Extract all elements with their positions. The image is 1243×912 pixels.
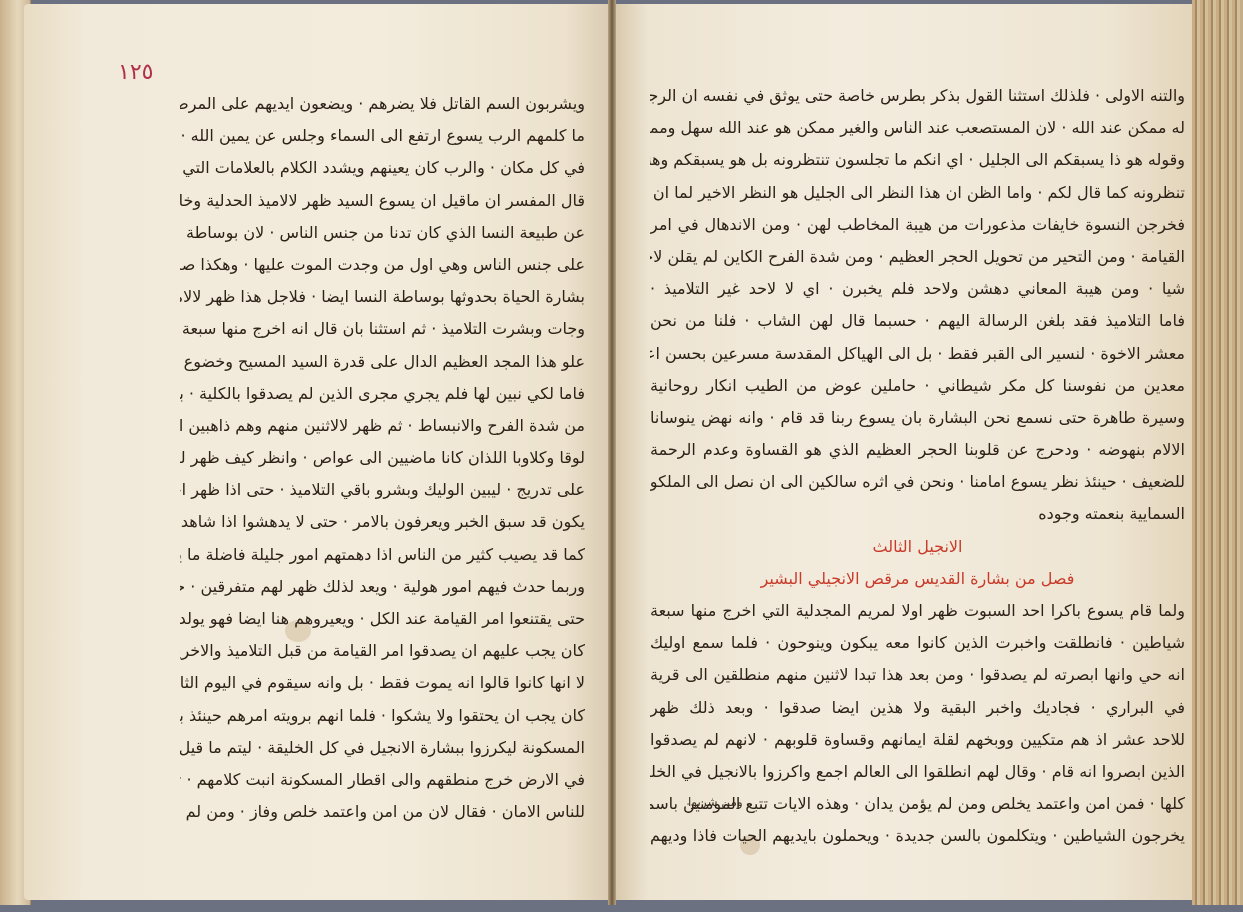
text-line: على تدريج · ليبين الوليك وبشرو باقي التل… — [180, 474, 585, 506]
text-line: فاما التلاميذ فقد بلغن الرسالة اليهم · ح… — [650, 305, 1185, 337]
text-line-rubric: قال المفسر ان ماقيل ان يسوع السيد ظهر لا… — [180, 185, 585, 217]
manuscript-spread: ١٢٥ ويشربون السم القاتل فلا يضرهم · ويضع… — [0, 0, 1243, 912]
text-line: تنظرونه كما قال لكم · واما الظن ان هذا ا… — [650, 177, 1185, 209]
text-line: معشر الاخوة · لنسير الى القبر فقط · بل ا… — [650, 338, 1185, 370]
text-line: للاحد عشر اذ هم متكيين ووبخهم لقلة ايمان… — [650, 724, 1185, 756]
text-line: وقوله هو ذا يسبقكم الى الجليل · اي انكم … — [650, 144, 1185, 176]
text-line: انه حي وانها ابصرته لم يصدقوا · ومن بعد … — [650, 659, 1185, 691]
text-line: شيا · ومن هيبة المعاني دهشن ولاحد فلم يخ… — [650, 273, 1185, 305]
text-line: على جنس الناس وهي اول من وجدت الموت عليه… — [180, 249, 585, 281]
text-line: السمايية بنعمته وجوده — [650, 498, 1185, 530]
text-line: وسيرة طاهرة حتى نسمع نحن البشارة بان يسو… — [650, 402, 1185, 434]
text-line: الالام بنهوضه · ودحرج عن قلوبنا الحجر ال… — [650, 434, 1185, 466]
rubric-subheading: فصل من بشارة القديس مرقص الانجيلي البشير — [650, 563, 1185, 595]
text-line: ويشربون السم القاتل فلا يضرهم · ويضعون ا… — [180, 88, 585, 120]
text-line: بشارة الحياة بحدوثها بوساطة النسا ايضا ·… — [180, 281, 585, 313]
text-line: معدين من نفوسنا كل مكر شيطاني · حاملين ع… — [650, 370, 1185, 402]
text-line: وجات وبشرت التلاميذ · ثم استثنا بان قال … — [180, 313, 585, 345]
right-page-text: والتنه الاولى · فلذلك استثنا القول بذكر … — [650, 80, 1185, 853]
text-line: في البراري · فجاديك واخبر البقية ولا هذي… — [650, 692, 1185, 724]
text-line: للضعيف · حينئذ نظر يسوع امامنا · ونحن في… — [650, 466, 1185, 498]
text-line: له ممكن عند الله · لان المستصعب عند النا… — [650, 112, 1185, 144]
text-line: المسكونة ليكرزوا ببشارة الانجيل في كل ال… — [180, 732, 585, 764]
text-line: حتى يقتنعوا امر القيامة عند الكل · ويعير… — [180, 603, 585, 635]
text-line: ولما قام يسوع باكرا احد السبوت ظهر اولا … — [650, 595, 1185, 627]
text-line: القيامة · ومن التحير من تحويل الحجر العظ… — [650, 241, 1185, 273]
left-page-text: ويشربون السم القاتل فلا يضرهم · ويضعون ا… — [180, 88, 585, 828]
text-line: للناس الامان · فقال لان من امن واعتمد خل… — [180, 796, 585, 828]
text-line: يخرجون الشياطين · ويتكلمون بالسن جديدة ·… — [650, 820, 1185, 852]
text-line: وربما حدث فيهم امور هولية · ويعد لذلك ظه… — [180, 571, 585, 603]
text-line: كان يجب عليهم ان يصدقوا امر القيامة من ق… — [180, 635, 585, 667]
folio-number: ١٢٥ — [118, 60, 153, 85]
right-page-edges — [1192, 0, 1243, 905]
text-line: الذين ابصروا انه قام · وقال لهم انطلقوا … — [650, 756, 1185, 788]
text-line: ما كلمهم الرب يسوع ارتفع الى السماء وجلس… — [180, 120, 585, 152]
text-line: لا انها كانوا قالوا انه يموت فقط · بل وا… — [180, 667, 585, 699]
book-gutter — [608, 0, 616, 905]
text-line: في الارض خرج منطقهم والى اقطار المسكونة … — [180, 764, 585, 796]
text-line: فخرجن النسوة خايفات مذعورات من هيبة المخ… — [650, 209, 1185, 241]
text-line: شياطين · فانطلقت واخبرت الذين كانوا معه … — [650, 627, 1185, 659]
text-line: من شدة الفرح والانبساط · ثم ظهر لالاثنين… — [180, 410, 585, 442]
rubric-heading: الانجيل الثالث — [650, 531, 1185, 563]
text-line: في كل مكان · والرب كان يعينهم ويشدد الكل… — [180, 152, 585, 184]
catchword: ومن شربوا — [688, 795, 743, 809]
text-line: والتنه الاولى · فلذلك استثنا القول بذكر … — [650, 80, 1185, 112]
text-line: عن طبيعة النسا الذي كان تدنا من جنس النا… — [180, 217, 585, 249]
text-line: فاما لكي نبين لها فلم يجري مجرى الذين لم… — [180, 378, 585, 410]
text-line: لوقا وكلاوبا اللذان كانا ماضيين الى عواص… — [180, 442, 585, 474]
text-line: كما قد يصيب كثير من الناس اذا دهمتهم امو… — [180, 539, 585, 571]
text-line: يكون قد سبق الخبر ويعرفون بالامر · حتى ل… — [180, 506, 585, 538]
text-line: علو هذا المجد العظيم الدال على قدرة السي… — [180, 346, 585, 378]
text-line: كان يجب ان يحتقوا ولا يشكوا · فلما انهم … — [180, 700, 585, 732]
